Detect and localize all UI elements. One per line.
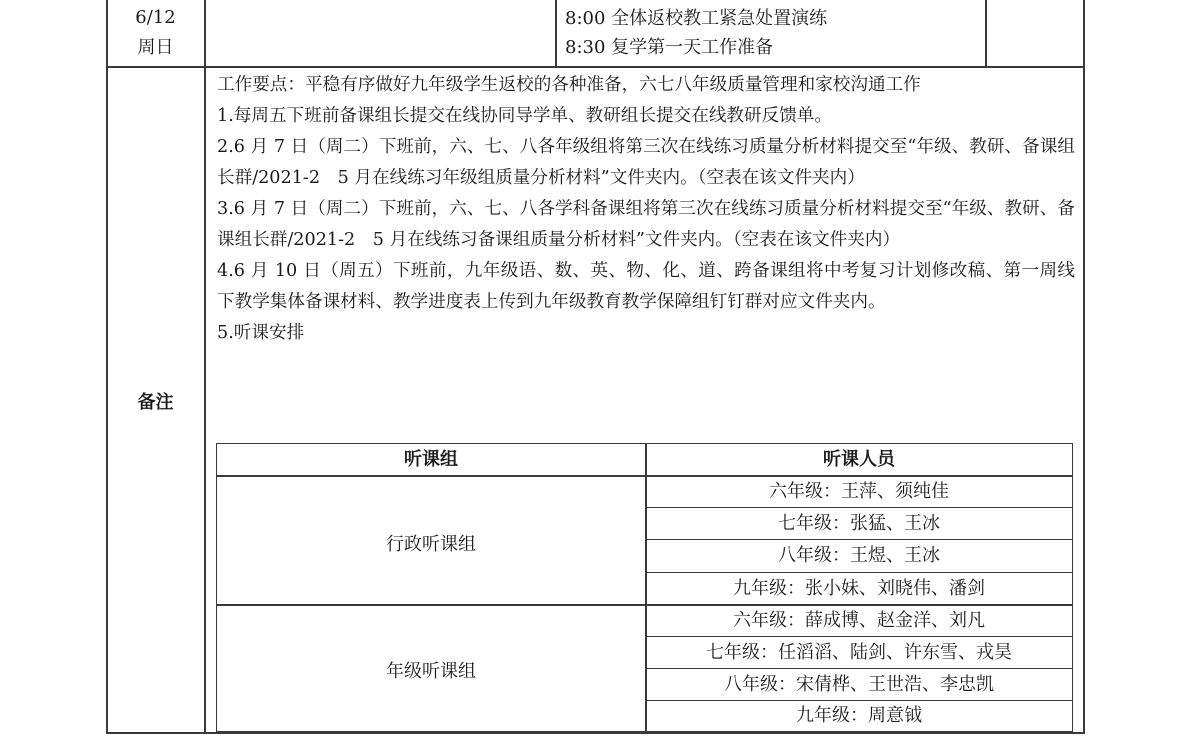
row-divider: [106, 66, 1085, 68]
member-row: 七年级：任滔滔、陆剑、许东雪、戎昊: [646, 637, 1072, 669]
notes-line: 1.每周五下班前备课组长提交在线协同导学单、教研组长提交在线教研反馈单。: [217, 101, 1075, 132]
schedule-task: 复学第一天工作准备: [611, 37, 773, 58]
member-row: 九年级：张小妹、刘晓伟、潘剑: [646, 573, 1072, 605]
member-row: 八年级：王煜、王冰: [646, 540, 1072, 572]
member-row: 六年级：王萍、须纯佳: [646, 476, 1072, 508]
header-group: 听课组: [217, 444, 645, 475]
schedule-task: 全体返校教工紧急处置演练: [611, 8, 827, 29]
observation-table: 听课组 听课人员 行政听课组 六年级：王萍、须纯佳 七年级：张猛、王冰 八年级：…: [216, 443, 1073, 732]
schedule-item: 8:30 复学第一天工作准备: [565, 33, 985, 62]
group-name-grade: 年级听课组: [217, 657, 645, 683]
table-border-bottom: [106, 732, 1085, 734]
date-cell: 6/12 周日: [107, 0, 204, 66]
header-members: 听课人员: [646, 444, 1072, 475]
table-border-left: [106, 0, 108, 734]
member-row: 九年级：周意钺: [646, 700, 1072, 732]
notes-line: 5.听课安排: [217, 318, 1075, 349]
schedule-cell: 8:00 全体返校教工紧急处置演练 8:30 复学第一天工作准备: [565, 0, 985, 66]
notes-line: 工作要点：平稳有序做好九年级学生返校的各种准备，六七八年级质量管理和家校沟通工作: [217, 70, 1075, 101]
member-row: 七年级：张猛、王冰: [646, 508, 1072, 540]
schedule-time: 8:00: [565, 8, 605, 29]
member-row: 六年级：薛成博、赵金洋、刘凡: [646, 605, 1072, 637]
schedule-item: 8:00 全体返校教工紧急处置演练: [565, 4, 985, 33]
column-divider: [204, 0, 206, 734]
schedule-time: 8:30: [565, 37, 605, 58]
notes-line: 3.6 月 7 日（周二）下班前，六、七、八各学科备课组将第三次在线练习质量分析…: [217, 194, 1075, 256]
notes-line: 4.6 月 10 日（周五）下班前，九年级语、数、英、物、化、道、跨备课组将中考…: [217, 256, 1075, 318]
table-border-right: [1083, 0, 1085, 734]
notes-label: 备注: [107, 388, 204, 414]
date: 6/12: [135, 3, 175, 33]
member-row: 八年级：宋倩桦、王世浩、李忠凯: [646, 669, 1072, 701]
notes-body: 工作要点：平稳有序做好九年级学生返校的各种准备，六七八年级质量管理和家校沟通工作…: [217, 70, 1075, 349]
column-divider: [985, 0, 987, 67]
notes-line: 2.6 月 7 日（周二）下班前，六、七、八各年级组将第三次在线练习质量分析材料…: [217, 132, 1075, 194]
group-name-admin: 行政听课组: [217, 530, 645, 556]
weekday: 周日: [138, 33, 174, 63]
column-divider: [555, 0, 557, 67]
